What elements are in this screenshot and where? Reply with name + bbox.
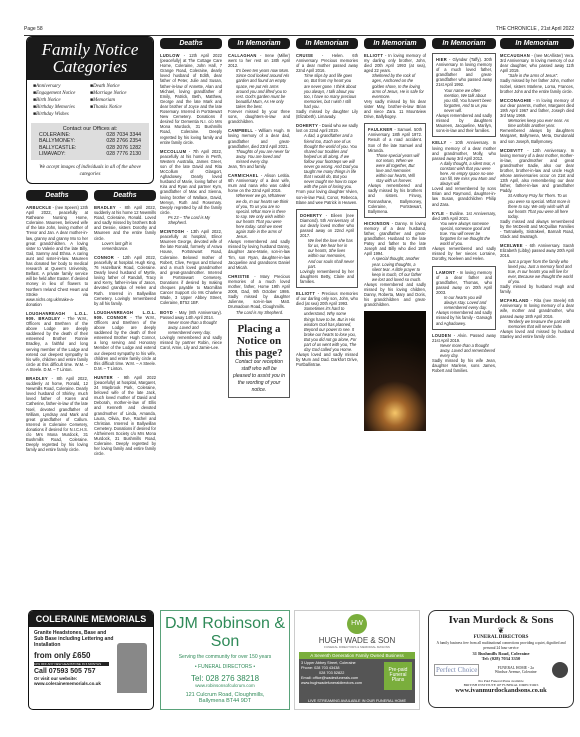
headstone-image <box>117 643 147 693</box>
column-2: DeathsBRADLEY - 8th April 2022, suddenly… <box>94 190 156 460</box>
notice-verse: We feel the love she has for us, We hear… <box>300 238 354 269</box>
notice: KYLE - Evaline. 1st Anniversary, died 19… <box>432 211 496 262</box>
notice-text: - The W.M., Officers and Brethren of the… <box>94 315 156 371</box>
box-subtitle: Categories <box>27 58 153 75</box>
page-number: Page 58 <box>24 26 43 35</box>
notice-signoff: Always loved and sadly missed by Mum and… <box>296 352 358 367</box>
notice-verse: A daily thought, a silent tear, A consta… <box>432 161 496 186</box>
notice-verse: Memories keep you ever near. As time unf… <box>500 118 574 128</box>
column-6: In MemoriamELLIOTT - In loving memory of… <box>364 38 426 583</box>
office-phone: 028 7776 2130 <box>106 151 141 157</box>
notice-signoff: Always remembered and sadly missed by da… <box>436 113 492 133</box>
notice: DOHERTY - Eileen (nee Diamond). 5th Anni… <box>296 209 358 288</box>
notice: CRUISE - Helen. 6th Anniversary. Preciou… <box>296 53 358 119</box>
notice-text: - 8th April 2022, suddenly at home, Rona… <box>26 376 88 452</box>
notice-signoff: Very sadly missed by his dear sister May… <box>364 99 426 119</box>
notice-verse: Ps 23 – The Lord is My Shepherd. <box>160 215 222 225</box>
notice-text: - 9th April 2022 (peacefully) at hospita… <box>94 375 156 456</box>
notice-text: - 12th April 2022, peacefully at hospita… <box>94 255 156 306</box>
contact-offices: Contact our Offices at: COLERAINE:028 70… <box>31 123 149 160</box>
notice-signoff: Lovingly remembered and sadly missed by … <box>160 335 222 350</box>
notice: CHRISTIE - Mary Precious memories of a m… <box>228 274 290 315</box>
memoriam-banner: In Memoriam <box>500 38 574 49</box>
notice: HUNTER - 9th April 2022 (peacefully) at … <box>94 375 156 457</box>
office-row: LIMAVADY:028 7776 2130 <box>39 151 141 157</box>
ad-web[interactable]: www.ivanmurdockandsons.co.uk <box>429 687 573 694</box>
column-5: In MemoriamCRUISE - Helen. 6th Anniversa… <box>296 38 358 583</box>
notice-verse: Just a prayer from the family who loved … <box>500 259 574 284</box>
notice: LOUDEN - Alvin. Passed away 21st April 2… <box>432 333 496 374</box>
notice-signoff: From your loving daughter Vivien, son-in… <box>296 189 358 204</box>
notice-verse: Tenderly we treasure the past with memor… <box>500 319 574 329</box>
notice: LOUGHANREAGH L.O.L. 909. CONNOR - The W.… <box>94 310 156 371</box>
notice-text: - 12th Anniversary. In loving memory of … <box>500 148 574 194</box>
ad-plans-badge: Pre-paid Funeral Plans <box>384 662 412 690</box>
ad-banner: A Seventh Generation Family Owned Busine… <box>299 652 415 659</box>
ad-subtitle: • FUNERAL DIRECTORS • <box>161 664 289 670</box>
notice-verse: It's been ten years now Mum. Since God l… <box>228 68 290 109</box>
notice-text: - The W.M., Officers and Brethren of the… <box>26 316 88 372</box>
category-item: Anniversary <box>33 83 90 90</box>
notice: MCELWEE - 6th Anniversary. Sarah Elizabe… <box>500 243 574 294</box>
category-item: Birth Notice <box>33 97 90 104</box>
placing-notice-box: Placing a Notice on this page?Contact ou… <box>228 319 290 398</box>
notice-verse: Love's last gift is remembrance. <box>94 241 156 251</box>
notice-signoff: Always loved and missed by husband Stanl… <box>500 329 574 339</box>
notice: BRADLEY - 8th April 2022, suddenly at ho… <box>26 376 88 452</box>
notice-verse: Never more than a thought away. Loved an… <box>160 320 222 335</box>
page-header: Page 58 THE CHRONICLE , 21st April 2022 <box>24 26 574 36</box>
notice-signoff: Always remembered and sadly missed by hi… <box>368 183 422 214</box>
notice-text: - Glyndwr (Taffy). 30th Anniversary. In … <box>436 57 492 87</box>
notice: ELLIOTT - Precious memories of our darli… <box>296 291 358 367</box>
notice-signoff: Sadly missed by husband Hugh and family. <box>500 284 574 294</box>
notice-verse: Wherever we go, Whatever we do, In our h… <box>228 193 290 239</box>
notice: KELLY - 10th Anniversary. In loving memo… <box>432 140 496 206</box>
column-1: DeathsARBUCKLE - (nee Speers) 13th April… <box>26 190 88 456</box>
ad-title: COLERAINE MEMORIALS <box>29 611 153 627</box>
notice: HICKINSON - Danny. In loving memory of a… <box>364 221 426 308</box>
notice-text: - 7th April 2022, peacefully at his home… <box>160 149 222 215</box>
notice: ARBUCKLE - (nee Speers) 13th April 2022,… <box>26 205 88 307</box>
djm-robinson-ad[interactable]: DJM Robinson & Son Serving the community… <box>160 610 290 710</box>
notice-signoff: Sadly missed by daughter Lily (Elizabeth… <box>296 109 358 119</box>
notice-signoff: Always remembered and sadly missed by hi… <box>436 310 492 325</box>
category-item: Birthday Memories <box>33 104 90 111</box>
column-8: In MemoriamMCCAUGHAN - (nee McAllister) … <box>500 38 574 583</box>
notice-text: - (nee Speers) 13th April 2022, peaceful… <box>26 205 88 307</box>
notice-verse: Thoughts of you are never far away. You … <box>228 149 290 164</box>
notice: LOUGHANREAGH L.O.L. 909. BRADLEY - The W… <box>26 311 88 372</box>
wade-logo-icon: HW <box>347 614 367 634</box>
notice-signoff: Loved and remembered by sons Brian and R… <box>432 186 496 206</box>
notice-text: - 12th April 2022 (peacefully) at The Co… <box>160 53 222 145</box>
notice-verse: Time slips by and life goes on, But from… <box>296 73 358 109</box>
column-7: In MemoriamHIER - Glyndwr (Taffy). 30th … <box>432 38 496 583</box>
notice: MCCOLLUM - 7th April 2022, peacefully at… <box>160 149 222 225</box>
memoriam-banner: In Memoriam <box>296 38 358 49</box>
notice-verse: Sometimes it's hard to understand, Why s… <box>296 306 358 352</box>
ad-title: Ivan Murdock & Sons <box>429 614 573 626</box>
notice-text: - Danny. In loving memory of a dear husb… <box>364 221 426 257</box>
notice: FAULKNER - Samuel. 50th Anniversary, 18t… <box>364 123 426 218</box>
notice-signoff: Forever missed by your three sons, daugh… <box>228 109 290 124</box>
notice: MCCAUGHAN - (nee McAllister) Vera. 3rd A… <box>500 53 574 94</box>
ad-address-2: Ballymena BT44 9DT <box>161 698 289 704</box>
notice-signoff: Sadly missed by her father John, mother … <box>500 78 574 93</box>
notice: LAMONT - In loving memory of a dear fath… <box>432 266 496 330</box>
ad-subtitle: FUNERAL DIRECTORS & MEMORIAL MASONS <box>295 645 419 649</box>
notice-verse: You were always someone special, someone… <box>432 221 496 246</box>
coleraine-memorials-ad[interactable]: COLERAINE MEMORIALS Granite Headstones, … <box>28 610 154 710</box>
crest-icon <box>552 662 568 678</box>
accept-note: We accept images of individuals in all o… <box>27 162 153 181</box>
perfect-choice-logo: Perfect Choice <box>434 664 479 676</box>
notice: MCDEVITT - 12th Anniversary. In loving m… <box>500 148 574 240</box>
category-item: Thanks Notice <box>90 104 147 111</box>
ad-description: A family business free from all multinat… <box>429 640 573 651</box>
category-item: Death Notice <box>90 83 147 90</box>
placing-body: Contact our reception staff who will be … <box>232 359 286 394</box>
ad-text: Granite Headstones, Base and Sub Base in… <box>29 627 119 651</box>
notice-text: - 13th April 2022, peacefully at hospita… <box>160 229 222 305</box>
masthead: THE CHRONICLE , 21st April 2022 <box>496 26 574 35</box>
category-item: Birthday Wishes <box>33 111 90 118</box>
memoriam-banner: In Memoriam <box>228 38 290 49</box>
notice-signoff: Remembered always by daughters Margaret,… <box>500 128 574 143</box>
notice-signoff: Sadly missed by his wife Jean, daughter … <box>432 358 496 373</box>
notice-signoff: Always remembered and sadly missed by hi… <box>364 282 426 307</box>
notice-signoff: Sadly missed and always remembered by th… <box>500 219 574 239</box>
notice: LUDLOW - 12th April 2022 (peacefully) at… <box>160 53 222 145</box>
column-3: DeathsLUDLOW - 12th April 2022 (peaceful… <box>160 38 222 583</box>
notice: ELLIOTT - In loving memory of my darling… <box>364 53 426 119</box>
column-4: In MemoriamCALLAGHAN - Irene (Miller) we… <box>228 38 290 583</box>
ad-strip: 10% OFF ANY NEW HEADSTONE IN 6 MONTHS <box>34 662 109 666</box>
notice-verse: St Anthony Pray for Them. To us you were… <box>500 193 574 218</box>
ad-tagline: Serving the community for over 150 years <box>161 654 289 660</box>
deaths-banner: Deaths <box>160 38 222 49</box>
funeral-home: FUNERAL HOME - 2a Windsor Avenue, Colera… <box>491 666 541 674</box>
notice: DOHERTY - David who we sadly lost on 22n… <box>296 123 358 205</box>
notice-text: - Mary Precious memories of a much loved… <box>228 274 290 310</box>
notice-verse: A special thought, another year. Loving … <box>364 256 426 281</box>
notice: MCINTOSH - 13th April 2022, peacefully a… <box>160 229 222 305</box>
notice-verse: In our hearts you will always stay. Love… <box>436 295 492 310</box>
notice: CAMPBELL - William Hugh. In loving memor… <box>228 128 290 169</box>
notice: BOYD - May (8th Anniversary). Passed awa… <box>160 310 222 351</box>
hugh-wade-ad[interactable]: HW HUGH WADE & SON FUNERAL DIRECTORS & M… <box>294 610 420 710</box>
category-item: Memoriam <box>90 97 147 104</box>
notice-verse: The Lord is my Shepherd. <box>228 310 290 315</box>
memoriam-banner: In Memoriam <box>432 38 496 49</box>
ad-title: HUGH WADE & SON <box>295 636 419 645</box>
notice: BRADLEY - 8th April 2022, suddenly at hi… <box>94 205 156 251</box>
ornament-icon: ❦ <box>429 626 573 635</box>
office-town: LIMAVADY: <box>39 151 66 157</box>
ad-phone: Tel: 028 276 38218 <box>161 674 289 683</box>
notice: MCFARLAND - Rita (nee Steele) 6th Annive… <box>500 298 574 339</box>
notice-verse: Those special years will not return, Whe… <box>368 153 422 184</box>
notice-verse: Sheltered by the rock of ages, Anchored … <box>364 73 426 98</box>
notice: MCCONAGHIE - In loving memory of our dea… <box>500 98 574 144</box>
notice-signoff: Jean, Tim and family. <box>228 164 290 169</box>
notice: CONNOR - 12th April 2022, peacefully at … <box>94 255 156 306</box>
notice-signoff: Always remembered and sadly missed by he… <box>432 246 496 261</box>
ad-web[interactable]: www.robinsonsofculcrum.com <box>161 683 289 688</box>
category-item: Engagement Notice <box>33 90 90 97</box>
notice: HIER - Glyndwr (Taffy). 30th Anniversary… <box>432 53 496 137</box>
notice: CARMICHAEL - Alison Letitia. 6th Anniver… <box>228 173 290 270</box>
family-notice-categories-box: Family NoticeCategories AnniversaryDeath… <box>26 36 154 184</box>
categories-list: AnniversaryDeath NoticeEngagement Notice… <box>27 80 153 121</box>
placing-title: Placing a Notice on this page? <box>232 323 286 359</box>
notice-text: - 8th April 2022, suddenly at his home 1… <box>94 205 156 241</box>
notice-verse: A dad, a grandfather and a friend too, E… <box>296 133 358 189</box>
deaths-banner: Deaths <box>26 190 88 201</box>
notice: CALLAGHAN - Irene (Miller) went to her r… <box>228 53 290 124</box>
notice-signoff: Always remembered and sadly missed by lo… <box>228 239 290 270</box>
notice-signoff: Lovingly remembered by her daughters Bet… <box>300 269 354 284</box>
ivan-murdock-ad[interactable]: Ivan Murdock & Sons ❦ FUNERAL DIRECTORS … <box>428 610 574 708</box>
box-title: Family Notice <box>27 41 153 58</box>
notice-verse: Your name we often mention, We talk abou… <box>436 88 492 113</box>
category-item: Marriage Notice <box>90 90 147 97</box>
candle-image <box>364 311 426 431</box>
notice-verse: Never more than a thought away. Loved an… <box>432 343 496 358</box>
ad-title: DJM Robinson & Son <box>161 611 289 651</box>
memoriam-banner: In Memoriam <box>364 38 426 49</box>
deaths-banner: Deaths <box>94 190 156 201</box>
ad-streaming: LIVE STREAMING AVAILABLE IN OUR FUNERAL … <box>299 699 415 703</box>
